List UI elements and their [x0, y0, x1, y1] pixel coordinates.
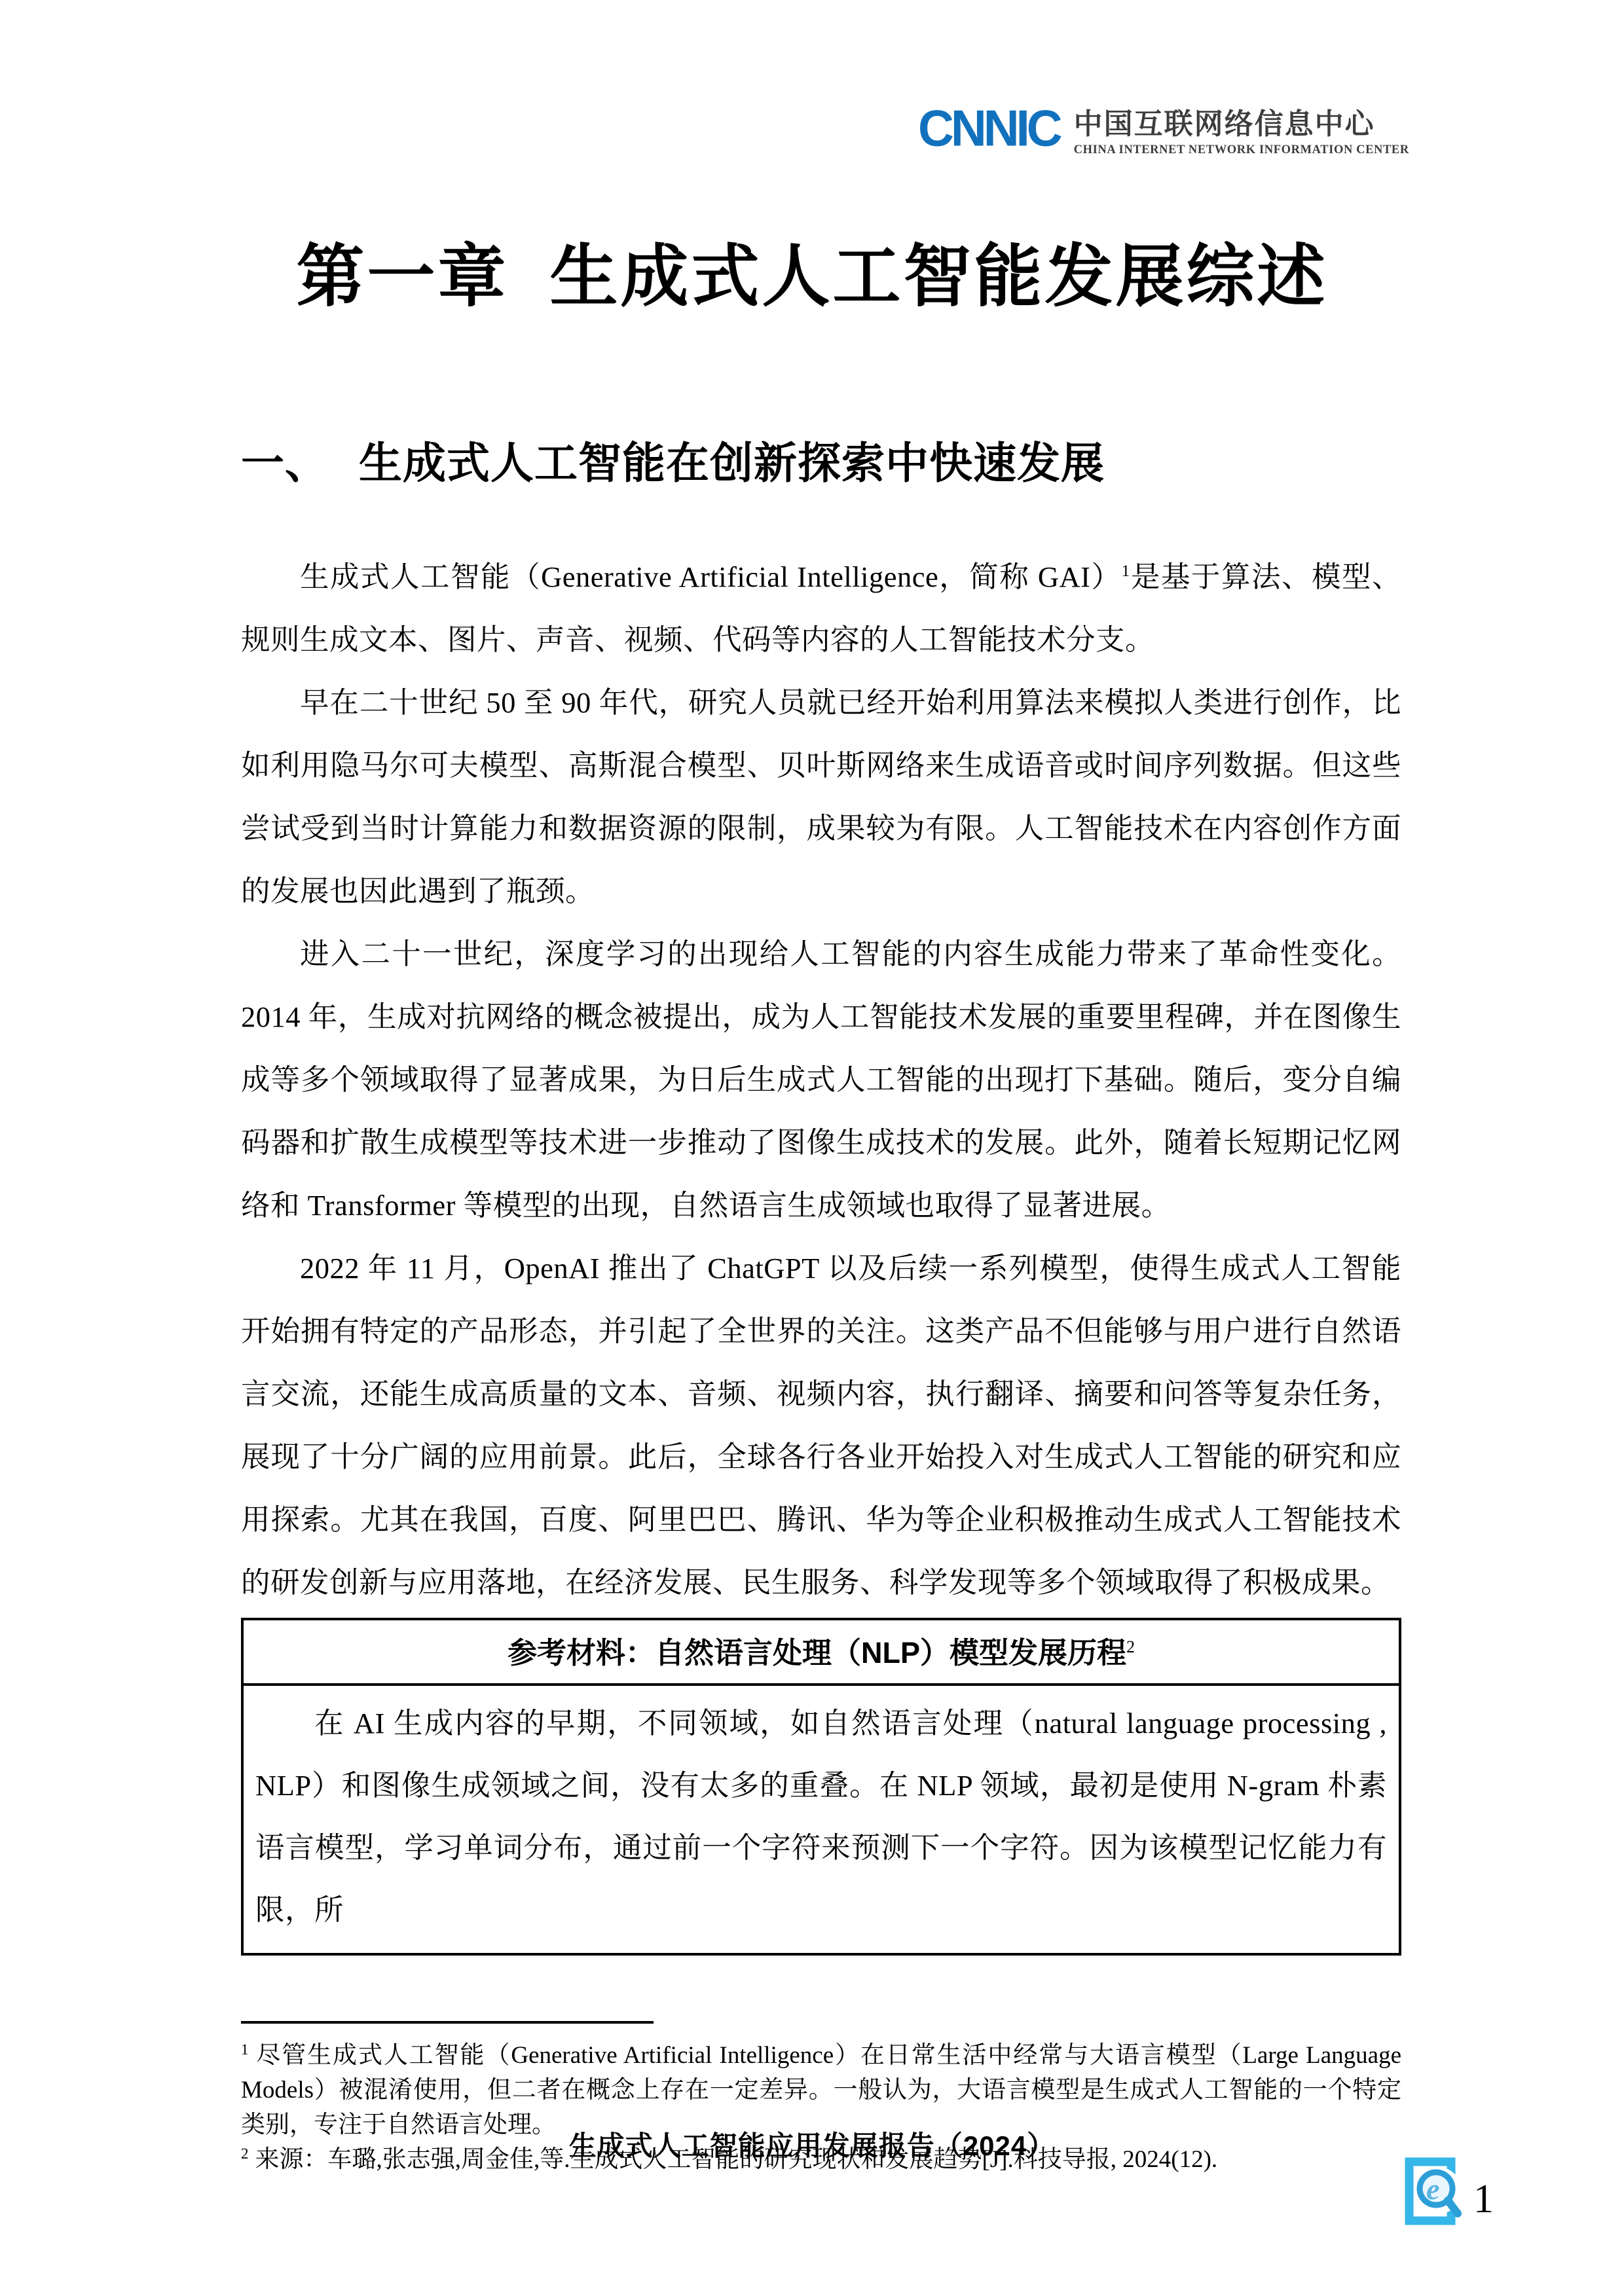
paragraph-1: 生成式人工智能（Generative Artificial Intelligen… — [241, 545, 1401, 671]
footer-report-title: 生成式人工智能应用发展报告（2024） — [0, 2129, 1624, 2163]
cnnic-wordmark: CNNIC — [918, 108, 1060, 149]
section-heading: 一、生成式人工智能在创新探索中快速发展 — [241, 436, 1401, 490]
reference-box-title: 参考材料：自然语言处理（NLP）模型发展历程2 — [244, 1620, 1399, 1686]
footnote-separator — [241, 2021, 654, 2024]
paragraph-3: 进入二十一世纪，深度学习的出现给人工智能的内容生成能力带来了革命性变化。2014… — [241, 922, 1401, 1237]
cnnic-name-chinese: 中国互联网络信息中心 — [1074, 109, 1409, 140]
footnote-1-text: 尽管生成式人工智能（Generative Artificial Intellig… — [241, 2042, 1401, 2138]
cnnic-name-english: CHINA INTERNET NETWORK INFORMATION CENTE… — [1074, 142, 1409, 158]
section-number: 一、 — [241, 439, 329, 487]
paragraph-2: 早在二十世纪 50 至 90 年代，研究人员就已经开始利用算法来模拟人类进行创作… — [241, 671, 1401, 922]
footnote-reference-1: 1 — [1122, 561, 1130, 580]
page-number: 1 — [1473, 2171, 1494, 2227]
footnote-reference-2: 2 — [1126, 1637, 1135, 1656]
svg-text:e: e — [1426, 2172, 1439, 2206]
paragraph-1-text: 生成式人工智能（Generative Artificial Intelligen… — [300, 560, 1122, 593]
cnnic-logo: CNNIC 中国互联网络信息中心 CHINA INTERNET NETWORK … — [918, 109, 1409, 158]
document-page: CNNIC 中国互联网络信息中心 CHINA INTERNET NETWORK … — [0, 0, 1624, 2296]
section-title: 生成式人工智能在创新探索中快速发展 — [359, 439, 1105, 487]
reference-box: 参考材料：自然语言处理（NLP）模型发展历程2 在 AI 生成内容的早期，不同领… — [241, 1618, 1401, 1956]
reference-box-body: 在 AI 生成内容的早期，不同领域，如自然语言处理（natural langua… — [244, 1686, 1399, 1953]
paragraph-4: 2022 年 11 月，OpenAI 推出了 ChatGPT 以及后续一系列模型… — [241, 1237, 1401, 1614]
footnote-1-marker: 1 — [241, 2041, 248, 2058]
footnote-1: 1尽管生成式人工智能（Generative Artificial Intelli… — [241, 2038, 1401, 2142]
document-magnifier-logo-icon: e — [1401, 2155, 1462, 2227]
body-text: 生成式人工智能（Generative Artificial Intelligen… — [241, 545, 1401, 1956]
reference-box-title-text: 参考材料：自然语言处理（NLP）模型发展历程 — [507, 1636, 1126, 1669]
cnnic-names: 中国互联网络信息中心 CHINA INTERNET NETWORK INFORM… — [1074, 109, 1409, 158]
chapter-title: 第一章 生成式人工智能发展综述 — [0, 228, 1624, 326]
